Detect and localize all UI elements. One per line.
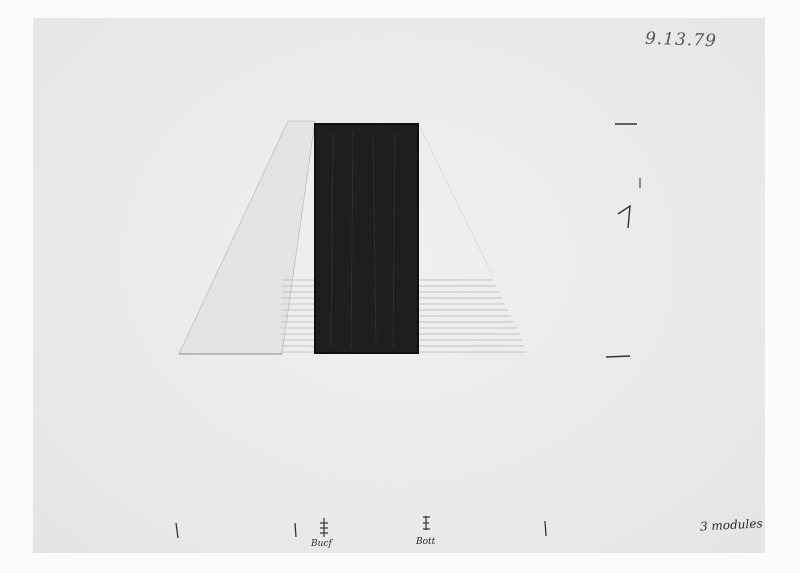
label-bucf: Bucf [311,539,332,549]
ground-plane-left [179,121,315,354]
date-annotation: 9.13.79 [645,29,718,51]
sketch-drawing [33,18,765,553]
marker-bott [423,516,430,530]
scale-mark-1 [618,206,630,228]
tick-mark-bottom [606,356,630,357]
hatching-right [418,280,526,352]
paper-sheet: 9.13.79 Bucf Bott 3 modules [33,18,765,553]
dark-block [315,124,418,353]
marker-bucf [320,518,328,537]
label-bott: Bott [416,537,435,547]
